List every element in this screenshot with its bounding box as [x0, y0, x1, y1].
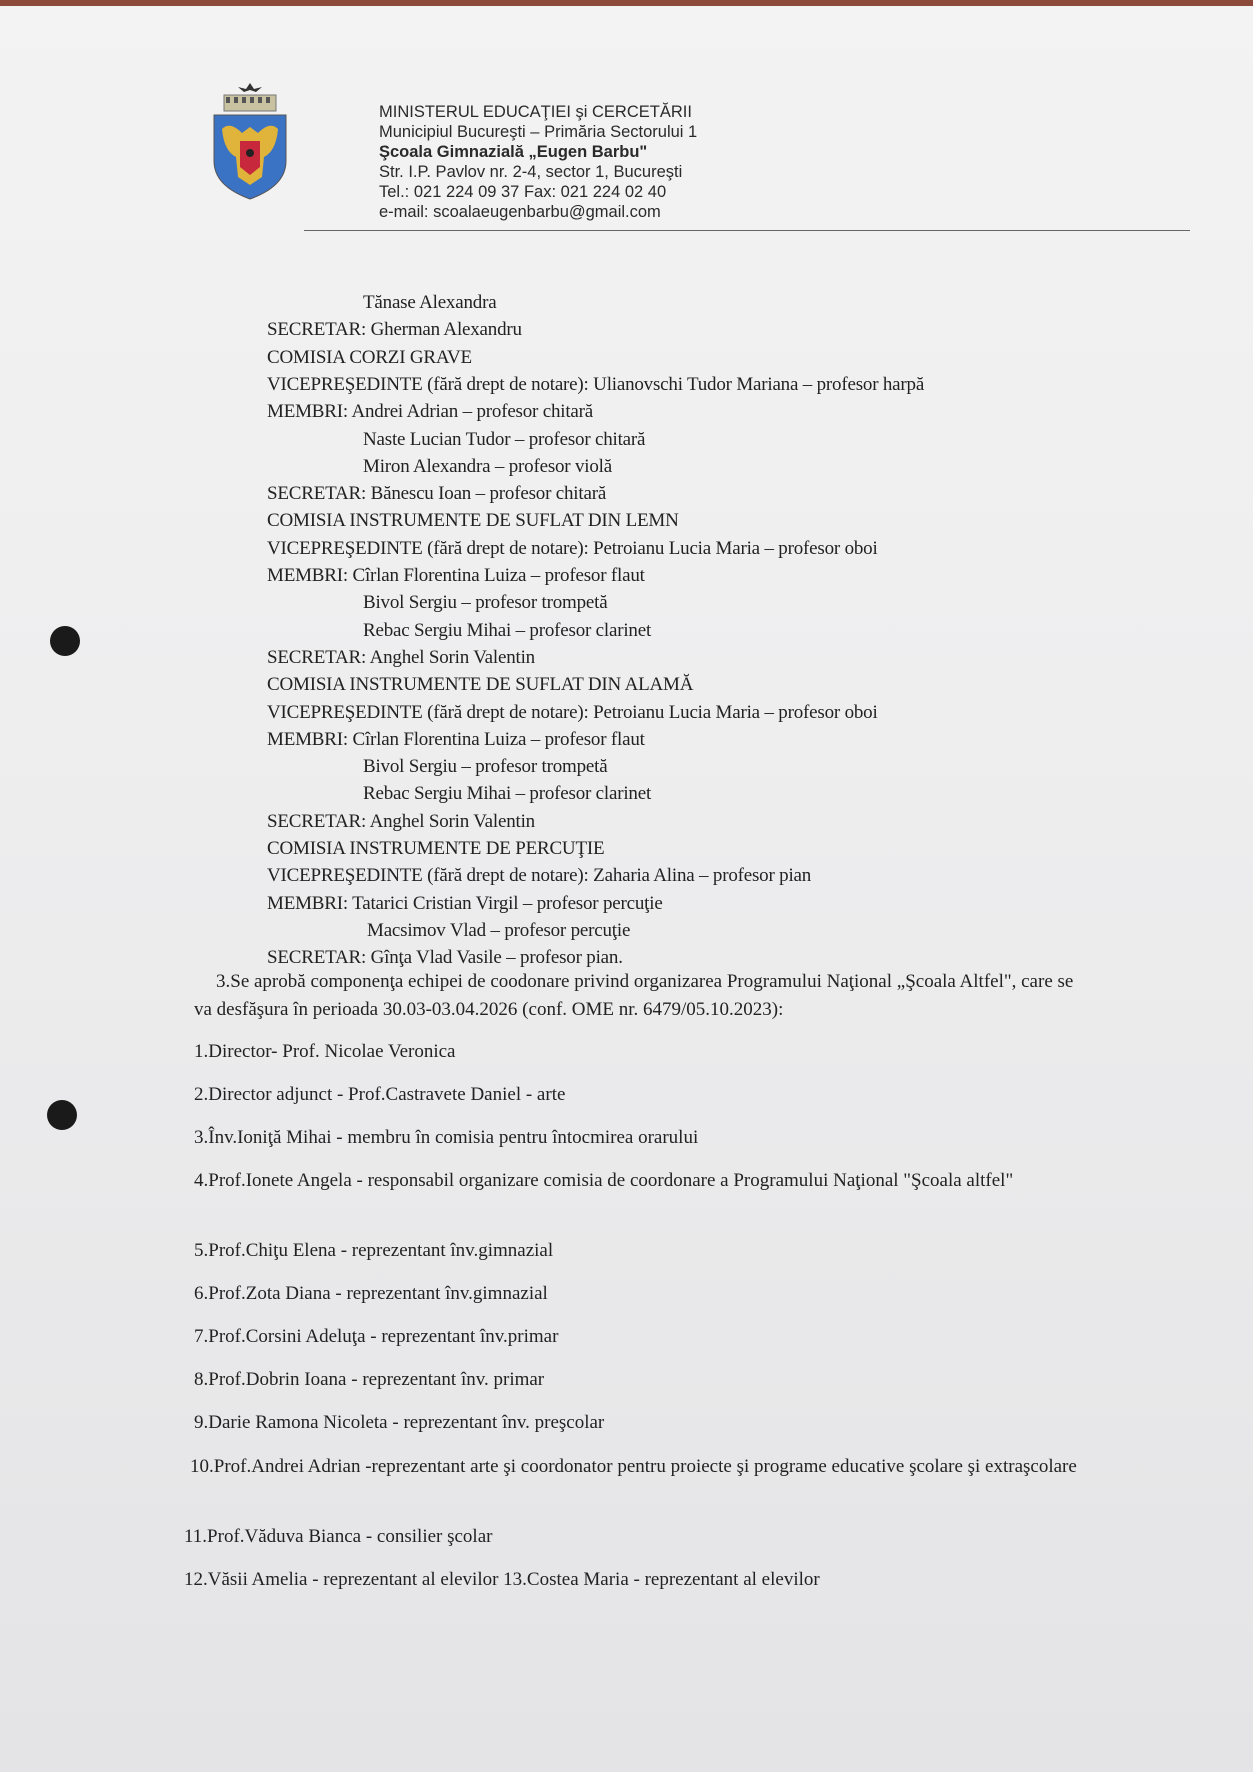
commission-line: Rebac Sergiu Mihai – profesor clarinet — [363, 620, 651, 642]
commission-line: Naste Lucian Tudor – profesor chitară — [363, 429, 645, 451]
team-member-item: 1.Director- Prof. Nicolae Veronica — [194, 1038, 1094, 1066]
team-member-item: 4.Prof.Ionete Angela - responsabil organ… — [194, 1167, 1094, 1195]
decision-3-intro: 3.Se aprobă componenţa echipei de coodon… — [194, 968, 1094, 1024]
letterhead: MINISTERUL EDUCAŢIEI şi CERCETĂRII Munic… — [379, 102, 697, 222]
school-email: e-mail: scoalaeugenbarbu@gmail.com — [379, 202, 697, 222]
commission-line: SECRETAR: Anghel Sorin Valentin — [267, 647, 535, 669]
commission-line: Rebac Sergiu Mihai – profesor clarinet — [363, 783, 651, 805]
school-address: Str. I.P. Pavlov nr. 2-4, sector 1, Bucu… — [379, 162, 697, 182]
commission-line: COMISIA INSTRUMENTE DE SUFLAT DIN LEMN — [267, 510, 679, 532]
team-member-item: 6.Prof.Zota Diana - reprezentant înv.gim… — [194, 1280, 1094, 1308]
ministry-name: MINISTERUL EDUCAŢIEI şi CERCETĂRII — [379, 102, 697, 122]
school-name: Şcoala Gimnazială „Eugen Barbu" — [379, 142, 697, 162]
team-member-item: 10.Prof.Andrei Adrian -reprezentant arte… — [184, 1453, 1084, 1481]
team-member-item: 7.Prof.Corsini Adeluţa - reprezentant în… — [194, 1323, 1094, 1351]
commission-line: SECRETAR: Gînţa Vlad Vasile – profesor p… — [267, 947, 623, 969]
punch-hole — [50, 626, 80, 656]
municipality: Municipiul Bucureşti – Primăria Sectorul… — [379, 122, 697, 142]
commission-line: COMISIA INSTRUMENTE DE PERCUŢIE — [267, 838, 604, 860]
commission-line: VICEPREŞEDINTE (fără drept de notare): Z… — [267, 865, 811, 887]
team-member-item: 12.Văsii Amelia - reprezentant al elevil… — [184, 1566, 1084, 1594]
commission-line: VICEPREŞEDINTE (fără drept de notare): U… — [267, 374, 924, 396]
team-member-item: 11.Prof.Văduva Bianca - consilier şcolar — [184, 1523, 1084, 1551]
bucharest-coat-of-arms-icon — [210, 81, 290, 201]
commission-line: VICEPREŞEDINTE (fără drept de notare): P… — [267, 702, 878, 724]
commission-line: Macsimov Vlad – profesor percuţie — [367, 920, 630, 942]
commission-line: SECRETAR: Bănescu Ioan – profesor chitar… — [267, 483, 606, 505]
commission-line: VICEPREŞEDINTE (fără drept de notare): P… — [267, 538, 878, 560]
header-divider — [304, 230, 1190, 231]
commission-line: Tănase Alexandra — [363, 292, 496, 314]
team-member-item: 2.Director adjunct - Prof.Castravete Dan… — [194, 1081, 1094, 1109]
commission-line: Bivol Sergiu – profesor trompetă — [363, 756, 607, 778]
commission-line: SECRETAR: Gherman Alexandru — [267, 319, 522, 341]
punch-hole — [47, 1100, 77, 1130]
commission-line: MEMBRI: Cîrlan Florentina Luiza – profes… — [267, 565, 645, 587]
commission-line: Bivol Sergiu – profesor trompetă — [363, 592, 607, 614]
commission-line: COMISIA INSTRUMENTE DE SUFLAT DIN ALAMĂ — [267, 674, 693, 696]
commission-line: MEMBRI: Cîrlan Florentina Luiza – profes… — [267, 729, 645, 751]
team-member-item: 3.Înv.Ioniţă Mihai - membru în comisia p… — [194, 1124, 1094, 1152]
commission-line: Miron Alexandra – profesor violă — [363, 456, 612, 478]
commission-line: SECRETAR: Anghel Sorin Valentin — [267, 811, 535, 833]
team-member-item: 8.Prof.Dobrin Ioana - reprezentant înv. … — [194, 1366, 1094, 1394]
commission-line: MEMBRI: Andrei Adrian – profesor chitară — [267, 401, 593, 423]
team-member-item: 9.Darie Ramona Nicoleta - reprezentant î… — [194, 1409, 1094, 1437]
team-member-item: 5.Prof.Chiţu Elena - reprezentant înv.gi… — [194, 1237, 1094, 1265]
commission-line: COMISIA CORZI GRAVE — [267, 347, 472, 369]
school-phone-fax: Tel.: 021 224 09 37 Fax: 021 224 02 40 — [379, 182, 697, 202]
commission-line: MEMBRI: Tatarici Cristian Virgil – profe… — [267, 893, 663, 915]
document-page: MINISTERUL EDUCAŢIEI şi CERCETĂRII Munic… — [0, 6, 1253, 1772]
